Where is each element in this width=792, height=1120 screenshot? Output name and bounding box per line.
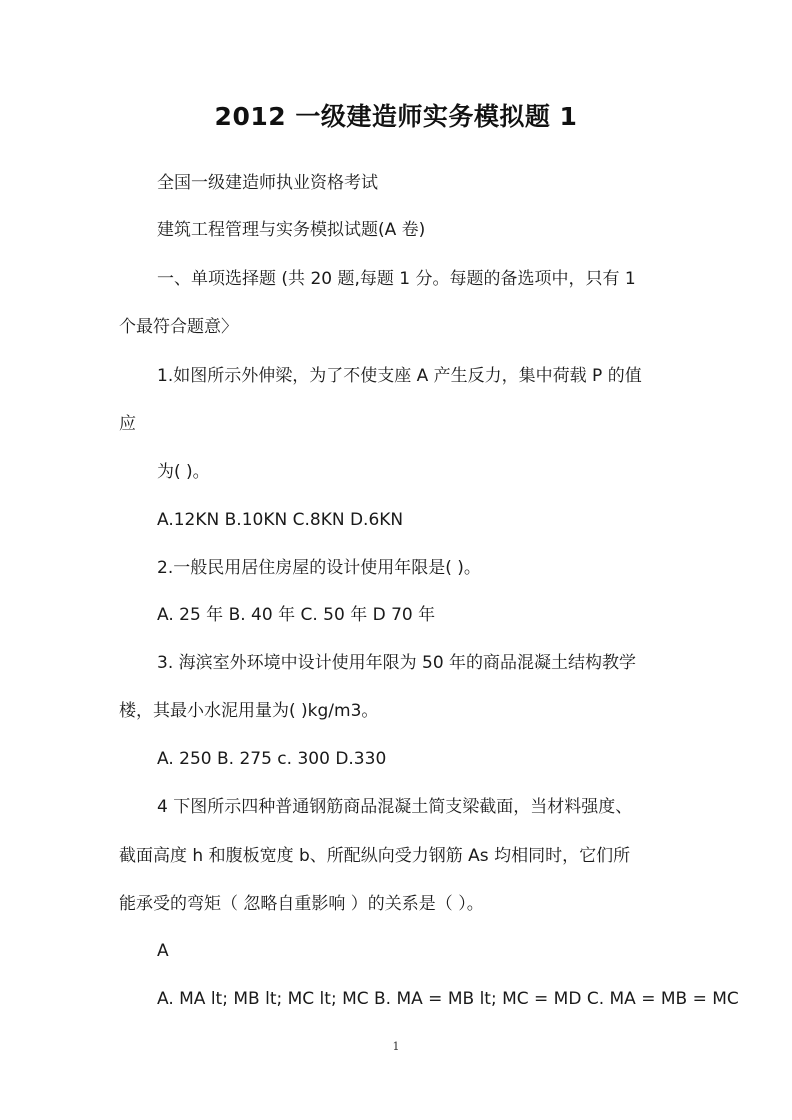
question-3-line-2: 楼，其最小水泥用量为( )kg/m3。 <box>119 700 378 722</box>
section-heading-line-1: 一、单项选择题 (共 20 题,每题 1 分。每题的备选项中，只有 1 <box>157 268 636 290</box>
question-4-line-2: 截面高度 h 和腹板宽度 b、所配纵向受力钢筋 As 均相同时，它们所 <box>119 845 630 867</box>
question-3-line-1: 3. 海滨室外环境中设计使用年限为 50 年的商品混凝土结构教学 <box>157 652 636 674</box>
document-page: 2012 一级建造师实务模拟题 1 全国一级建造师执业资格考试 建筑工程管理与实… <box>0 0 792 1120</box>
question-1-options: A.12KN B.10KN C.8KN D.6KN <box>157 509 403 531</box>
question-4-options: A. MA lt; MB lt; MC lt; MC B. MA = MB lt… <box>157 988 739 1010</box>
question-2-options: A. 25 年 B. 40 年 C. 50 年 D 70 年 <box>157 604 435 626</box>
paper-name-line: 建筑工程管理与实务模拟试题(A 卷) <box>157 219 425 241</box>
question-1-line-2: 应 <box>119 413 136 435</box>
question-4-line-1: 4 下图所示四种普通钢筋商品混凝土简支梁截面，当材料强度、 <box>157 796 632 818</box>
page-number: 1 <box>0 1040 792 1053</box>
document-title: 2012 一级建造师实务模拟题 1 <box>0 97 792 133</box>
question-4-line-3: 能承受的弯矩（ 忽略自重影响 ）的关系是（ ）。 <box>119 893 484 915</box>
question-2-text: 2.一般民用居住房屋的设计使用年限是( )。 <box>157 557 481 579</box>
question-1-line-1: 1.如图所示外伸梁，为了不使支座 A 产生反力，集中荷载 P 的值 <box>157 365 642 387</box>
question-3-options: A. 250 B. 275 c. 300 D.330 <box>157 748 386 770</box>
question-1-line-3: 为( )。 <box>157 461 210 483</box>
section-heading-line-2: 个最符合题意〉 <box>119 316 238 338</box>
exam-name-line: 全国一级建造师执业资格考试 <box>157 172 378 194</box>
question-4-figure-label: A <box>157 940 169 962</box>
